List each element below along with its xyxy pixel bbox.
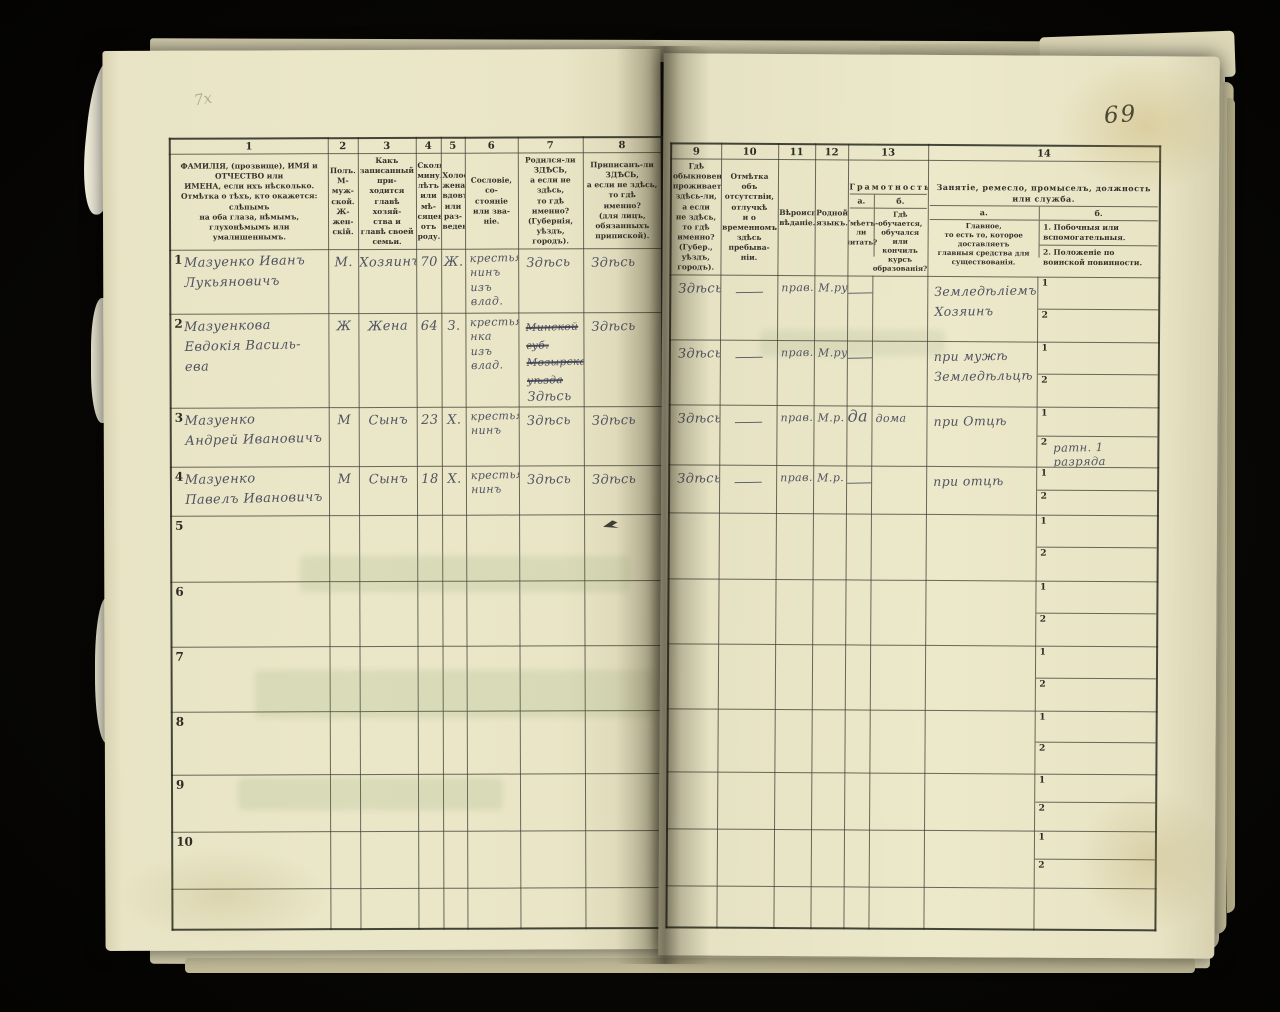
col-number-13: 13 bbox=[848, 144, 928, 160]
cell-birthplace bbox=[519, 515, 584, 581]
cell-religion bbox=[774, 773, 811, 830]
census-table-right: 9 10 11 12 13 14 Гдѣ обыкновенно прожива… bbox=[665, 142, 1161, 931]
cell-row-number-and-name: 10 bbox=[172, 832, 330, 890]
cell-native-language: М.рус. bbox=[814, 276, 847, 341]
cell-row-number-and-name: 7 bbox=[172, 647, 330, 713]
cell-literacy-reads: — bbox=[847, 341, 872, 406]
cell-birthplace: Минской губ. Мозырскаго уѣзда Здѣсь bbox=[518, 313, 583, 407]
cell-residence bbox=[669, 513, 719, 579]
cell-relation: Хозяинъ bbox=[358, 250, 416, 314]
cell-marital-status: Х. bbox=[442, 466, 466, 515]
cell-residence bbox=[668, 579, 718, 644]
cell-registration bbox=[584, 514, 663, 580]
cell-native-language: М.рус. bbox=[814, 341, 847, 406]
cell-absence-note bbox=[718, 580, 775, 645]
header-sex: Полъ. М-муж- ской. Ж-жен- скій. bbox=[328, 154, 358, 250]
filler-row bbox=[172, 887, 664, 930]
header-relation: Какъ записанный при- ходится главѣ хозяй… bbox=[358, 153, 416, 249]
cell-registration bbox=[585, 830, 664, 887]
cell-age: 70 bbox=[416, 249, 441, 313]
cell-literacy-education bbox=[872, 341, 927, 406]
cell-literacy-education bbox=[869, 710, 924, 773]
person-row-right-10: 12 bbox=[667, 829, 1156, 889]
header-literacy-education: Гдѣ обучается, обучался или кончилъ курс… bbox=[874, 208, 926, 274]
header-estate: Сословіе, со- стояніе или зва- ніе. bbox=[465, 153, 518, 249]
cell-row-number-and-name: 6 bbox=[171, 582, 329, 648]
cell-occupation-side: 12 bbox=[1034, 711, 1156, 775]
column-header-row: Гдѣ обыкновенно проживаетъ: здѣсь-ли, а … bbox=[670, 159, 1160, 278]
cell-relation bbox=[360, 831, 418, 888]
cell-row-number-and-name: 2Мазуенкова Евдокія Василь- ева bbox=[170, 314, 328, 408]
col-number-1: 1 bbox=[170, 138, 328, 154]
cell-birthplace bbox=[519, 581, 584, 646]
cell-religion bbox=[776, 514, 813, 580]
cell-occupation-main bbox=[925, 581, 1035, 647]
col-number-5: 5 bbox=[441, 138, 465, 154]
cell-sex bbox=[330, 646, 360, 711]
cell-relation bbox=[360, 711, 418, 774]
col-number-2: 2 bbox=[328, 138, 358, 154]
column-number-row: 1 2 3 4 5 6 7 8 bbox=[170, 137, 662, 154]
cell-literacy-education: дома bbox=[871, 406, 926, 466]
cell-birthplace bbox=[520, 831, 585, 888]
header-absence: Отмѣтка объ отсутствіи, отлучкѣ и о врем… bbox=[720, 159, 778, 276]
occupation-group-title: Занятіе, ремесло, промыселъ, должность и… bbox=[929, 180, 1158, 207]
cell-literacy-education bbox=[871, 514, 926, 580]
col-number-12: 12 bbox=[815, 144, 848, 160]
person-row-6: 6 bbox=[171, 580, 663, 647]
cell-literacy-reads: — bbox=[847, 276, 872, 341]
cell-native-language bbox=[812, 580, 845, 645]
cell-relation: Сынъ bbox=[359, 466, 417, 515]
cell-age bbox=[418, 646, 443, 711]
header-language: Родной языкъ. bbox=[814, 160, 848, 277]
cell-religion: прав. bbox=[777, 341, 814, 406]
col-number-11: 11 bbox=[778, 144, 815, 160]
cell-sex bbox=[330, 711, 360, 774]
header-name: ФАМИЛІЯ, (прозвище), ИМЯ и ОТЧЕСТВО или … bbox=[170, 154, 328, 251]
cell-religion: прав. bbox=[776, 466, 813, 514]
col-number-9: 9 bbox=[671, 143, 721, 159]
cell-occupation-main: при отцѣ bbox=[926, 467, 1036, 516]
cell-religion bbox=[774, 710, 811, 773]
cell-row-number-and-name: 8 bbox=[172, 712, 330, 776]
cell-literacy-reads bbox=[845, 645, 870, 710]
cell-sex bbox=[329, 581, 359, 646]
cell-religion bbox=[775, 645, 812, 710]
cell-registration: Здѣсь bbox=[584, 406, 663, 465]
person-row-8: 8 bbox=[172, 710, 664, 775]
cell-marital-status: Х. bbox=[442, 407, 466, 466]
cell-row-number-and-name: 5 bbox=[171, 516, 329, 583]
cell-birthplace: Здѣсь bbox=[519, 407, 584, 466]
cell-occupation-main bbox=[924, 711, 1034, 775]
header-occupation-group: Занятіе, ремесло, промыселъ, должность и… bbox=[927, 160, 1160, 278]
cell-age: 23 bbox=[417, 407, 442, 466]
cell-religion bbox=[775, 580, 812, 645]
cell-registration: Здѣсь bbox=[583, 313, 662, 407]
cell-absence-note bbox=[717, 830, 774, 887]
cell-literacy-reads: — bbox=[846, 466, 871, 514]
cell-native-language bbox=[813, 514, 846, 580]
cell-birthplace: Здѣсь bbox=[519, 466, 584, 515]
faint-corner-mark: 7х bbox=[193, 89, 214, 110]
header-literacy-group: Грамотность. а. Умѣетъ- ли читать? б. Гд… bbox=[847, 160, 928, 277]
cell-occupation-side: 12 bbox=[1037, 277, 1159, 343]
literacy-sub-a-label: а. bbox=[849, 194, 873, 208]
cell-row-number-and-name: 3Мазуенко Андрей Ивановичъ bbox=[171, 408, 329, 468]
header-literacy-reads: Умѣетъ- ли читать? bbox=[849, 208, 873, 257]
header-residence: Гдѣ обыкновенно проживаетъ: здѣсь-ли, а … bbox=[670, 159, 721, 276]
person-row-right-8: 12 bbox=[667, 709, 1156, 775]
cell-literacy-education bbox=[872, 276, 927, 341]
cell-marital-status: Ж. bbox=[441, 249, 465, 313]
cell-literacy-education bbox=[870, 645, 925, 710]
cell-native-language bbox=[811, 710, 844, 773]
cell-absence-note: — bbox=[719, 466, 776, 514]
person-row-4: 4Мазуенко Павелъ ИвановичъМСынъ18Х.крест… bbox=[171, 465, 663, 516]
cell-registration bbox=[585, 710, 664, 773]
cell-occupation-main bbox=[926, 515, 1036, 582]
cell-native-language bbox=[812, 645, 845, 710]
cell-religion: прав. bbox=[776, 406, 813, 466]
cell-literacy-reads bbox=[846, 514, 871, 580]
cell-residence bbox=[667, 709, 717, 772]
left-page: 1 2 3 4 5 6 7 8 ФАМИЛІЯ, (прозвище), ИМЯ… bbox=[102, 49, 663, 951]
cell-row-number-and-name: 9 bbox=[172, 775, 330, 833]
cell-absence-note bbox=[719, 514, 776, 580]
cell-occupation-side: 12 bbox=[1037, 342, 1159, 408]
cell-literacy-reads bbox=[844, 773, 869, 830]
person-row-right-6: 12 bbox=[668, 579, 1157, 647]
cell-estate bbox=[466, 581, 519, 646]
person-row-7: 7 bbox=[172, 645, 664, 712]
cell-native-language: М.р. bbox=[813, 406, 846, 466]
cell-residence bbox=[668, 644, 718, 709]
cell-age: 64 bbox=[416, 313, 441, 407]
col-number-7: 7 bbox=[518, 137, 583, 153]
person-row-9: 9 bbox=[172, 773, 664, 832]
cell-residence bbox=[667, 772, 717, 829]
header-military-status: 2. Положеніе по воинской повинности. bbox=[1039, 245, 1158, 270]
cell-sex: Ж bbox=[328, 314, 358, 408]
cell-literacy-reads bbox=[844, 830, 869, 887]
cell-native-language bbox=[811, 773, 844, 830]
cell-birthplace bbox=[520, 646, 585, 711]
occupation-sub-b-label: б. bbox=[1039, 206, 1158, 221]
header-marital: Холостъ, женатъ, вдовъ или раз- веденъ. bbox=[441, 153, 465, 249]
cell-estate: крестья- нинъ bbox=[466, 466, 519, 515]
cell-absence-note bbox=[717, 773, 774, 830]
cell-occupation-side: 12 bbox=[1036, 467, 1158, 516]
cell-birthplace bbox=[520, 711, 585, 774]
header-religion: Вѣроиспо- вѣданіе. bbox=[777, 160, 815, 277]
cell-sex bbox=[329, 515, 359, 581]
cell-registration: Здѣсь bbox=[583, 249, 662, 313]
cell-birthplace bbox=[520, 774, 585, 831]
cell-row-number-and-name: 1Мазуенко Иванъ Лукьяновичъ bbox=[170, 250, 328, 315]
cell-marital-status bbox=[443, 774, 467, 831]
cell-native-language: М.р. bbox=[813, 466, 846, 514]
cell-estate bbox=[467, 774, 520, 831]
filler-row bbox=[666, 886, 1155, 930]
person-row-right-1: Здѣсь—прав.М.рус.—Земледѣліемъ Хозяинъ12 bbox=[670, 275, 1159, 343]
census-table-left: 1 2 3 4 5 6 7 8 ФАМИЛІЯ, (прозвище), ИМЯ… bbox=[169, 136, 666, 931]
cell-residence: Здѣсь bbox=[670, 275, 720, 340]
cell-residence: Здѣсь bbox=[669, 465, 719, 513]
cell-relation: Жена bbox=[358, 314, 416, 408]
col-number-6: 6 bbox=[465, 138, 518, 154]
cell-occupation-main: при Отцѣ bbox=[926, 407, 1036, 468]
person-row-right-9: 12 bbox=[667, 772, 1156, 832]
census-book-scan: 1 2 3 4 5 6 7 8 ФАМИЛІЯ, (прозвище), ИМЯ… bbox=[0, 0, 1280, 1012]
cell-row-number-and-name: 4Мазуенко Павелъ Ивановичъ bbox=[171, 467, 329, 517]
cell-occupation-side: 12ратн. 1 разряда bbox=[1036, 407, 1158, 468]
person-row-right-3: Здѣсь—прав.М.р.дадомапри Отцѣ12ратн. 1 р… bbox=[669, 405, 1158, 468]
cell-estate bbox=[467, 831, 520, 888]
cell-occupation-main bbox=[924, 831, 1034, 889]
cell-birthplace: Здѣсь bbox=[518, 249, 583, 313]
cell-age bbox=[418, 711, 443, 774]
person-row-1: 1Мазуенко Иванъ ЛукьяновичъМ.Хозяинъ70Ж.… bbox=[170, 249, 662, 315]
col-number-8: 8 bbox=[583, 137, 662, 153]
cell-residence bbox=[667, 829, 717, 886]
cell-sex: М bbox=[329, 407, 359, 466]
cell-occupation-main bbox=[925, 646, 1035, 712]
cell-age bbox=[418, 831, 443, 888]
col-number-10: 10 bbox=[721, 144, 778, 160]
header-occupation-main: Главное, то есть то, которое доставляетъ… bbox=[929, 220, 1038, 268]
cell-native-language bbox=[811, 830, 844, 887]
header-age: Сколько минуло лѣтъ или мѣ- сяцевъ отъ р… bbox=[416, 153, 441, 249]
cell-occupation-main: Земледѣліемъ Хозяинъ bbox=[927, 277, 1037, 343]
person-row-3: 3Мазуенко Андрей ИвановичъМСынъ23Х.крест… bbox=[171, 406, 663, 467]
cell-estate: крестья- нинъ изъ влад. bbox=[465, 249, 518, 313]
cell-residence: Здѣсь bbox=[669, 405, 719, 465]
cell-age bbox=[417, 581, 442, 646]
cell-literacy-education bbox=[869, 773, 924, 830]
cell-estate bbox=[466, 515, 519, 581]
cell-literacy-reads bbox=[845, 580, 870, 645]
cell-absence-note: — bbox=[719, 406, 776, 466]
right-page: 9 10 11 12 13 14 Гдѣ обыкновенно прожива… bbox=[658, 53, 1219, 958]
person-row-5: 5 bbox=[171, 514, 663, 582]
column-header-row: ФАМИЛІЯ, (прозвище), ИМЯ и ОТЧЕСТВО или … bbox=[170, 153, 662, 251]
person-row-right-5: 12 bbox=[669, 513, 1158, 582]
cell-marital-status bbox=[443, 831, 467, 888]
page-edge-stack-3 bbox=[1227, 98, 1235, 913]
cell-absence-note bbox=[718, 645, 775, 710]
cell-literacy-reads: да bbox=[846, 406, 871, 466]
header-registration: Приписанъ-ли ЗДѢСЬ, а если не здѣсь, то … bbox=[583, 153, 662, 249]
col-number-14: 14 bbox=[928, 145, 1160, 162]
cell-occupation-side: 12 bbox=[1034, 774, 1156, 832]
cell-absence-note: — bbox=[720, 276, 777, 341]
cell-marital-status bbox=[443, 711, 467, 774]
occupation-sub-a-label: а. bbox=[929, 206, 1038, 220]
cell-age bbox=[418, 774, 443, 831]
header-occupation-side: 1. Побочныя или вспомогательныя. bbox=[1039, 220, 1158, 246]
cell-estate: крестья- нинъ bbox=[466, 407, 519, 466]
cell-residence: Здѣсь bbox=[670, 340, 720, 405]
person-row-2: 2Мазуенкова Евдокія Василь- еваЖЖена64З.… bbox=[170, 313, 662, 408]
cell-marital-status bbox=[442, 515, 466, 581]
cell-registration bbox=[585, 645, 664, 710]
cell-sex bbox=[330, 831, 360, 888]
person-row-right-7: 12 bbox=[668, 644, 1157, 712]
cell-relation bbox=[360, 646, 418, 711]
cell-age bbox=[417, 515, 442, 581]
cell-sex bbox=[330, 774, 360, 831]
cell-relation bbox=[359, 515, 417, 581]
person-row-right-2: Здѣсь—прав.М.рус.—при мужѣ Земледѣльцѣ12 bbox=[670, 340, 1159, 408]
cell-occupation-side: 12 bbox=[1035, 646, 1157, 712]
cell-estate: крестья- нка изъ влад. bbox=[465, 313, 518, 407]
cell-relation bbox=[360, 774, 418, 831]
cell-literacy-education bbox=[871, 466, 926, 514]
col-number-3: 3 bbox=[358, 138, 416, 154]
cell-marital-status bbox=[442, 581, 466, 646]
cell-religion: прав. bbox=[777, 276, 814, 341]
cell-occupation-main bbox=[924, 774, 1034, 832]
cell-religion bbox=[774, 830, 811, 887]
cell-occupation-side: 12 bbox=[1035, 581, 1157, 647]
cell-literacy-reads bbox=[844, 710, 869, 773]
cell-marital-status: З. bbox=[441, 313, 465, 407]
cell-relation bbox=[359, 581, 417, 646]
literacy-group-title: Грамотность. bbox=[849, 180, 926, 195]
person-row-right-4: Здѣсь—прав.М.р.—при отцѣ12 bbox=[669, 465, 1158, 516]
cell-registration bbox=[585, 773, 664, 830]
cell-sex: М. bbox=[328, 250, 358, 314]
cell-estate bbox=[467, 711, 520, 774]
cell-occupation-side: 12 bbox=[1036, 515, 1158, 582]
cell-absence-note: — bbox=[720, 341, 777, 406]
cell-absence-note bbox=[717, 710, 774, 773]
header-birthplace: Родился-ли ЗДѢСЬ, а если не здѣсь, то гд… bbox=[518, 153, 583, 249]
cell-literacy-education bbox=[870, 580, 925, 645]
cell-registration: Здѣсь bbox=[584, 465, 663, 514]
page-edge-bottom-2 bbox=[185, 958, 1195, 973]
literacy-sub-b-label: б. bbox=[874, 195, 926, 209]
col-number-4: 4 bbox=[416, 138, 441, 154]
cell-age: 18 bbox=[417, 466, 442, 515]
person-row-10: 10 bbox=[172, 830, 664, 889]
cell-marital-status bbox=[443, 646, 467, 711]
cell-relation: Сынъ bbox=[359, 407, 417, 466]
cell-sex: М bbox=[329, 466, 359, 515]
folio-number: 69 bbox=[1103, 101, 1138, 129]
cell-occupation-side: 12 bbox=[1034, 831, 1156, 889]
cell-literacy-education bbox=[869, 830, 924, 887]
cell-occupation-main: при мужѣ Земледѣльцѣ bbox=[927, 342, 1037, 408]
cell-registration bbox=[584, 580, 663, 645]
cell-estate bbox=[467, 646, 520, 711]
